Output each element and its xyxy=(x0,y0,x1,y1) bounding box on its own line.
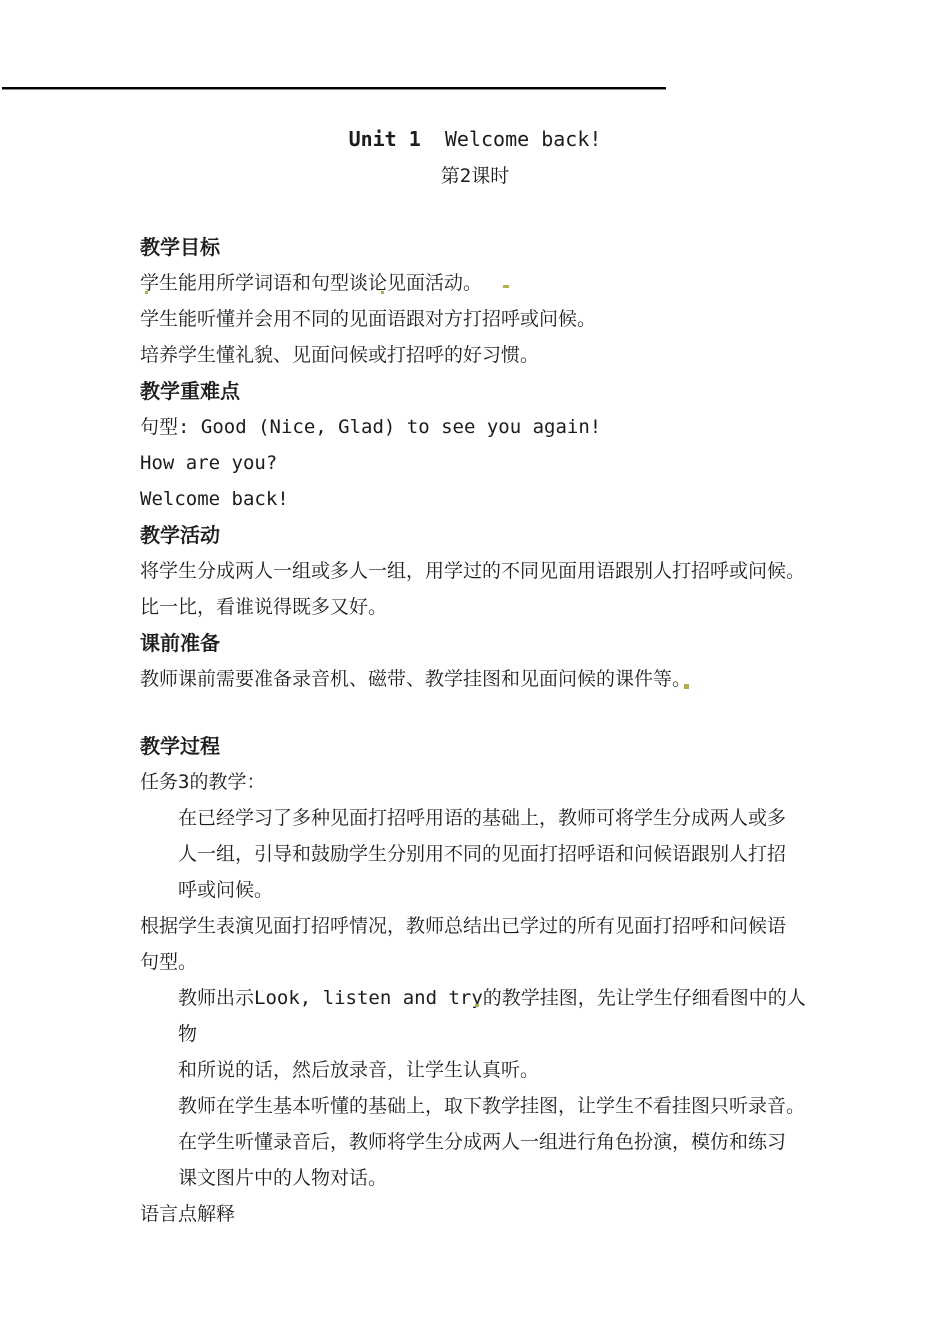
doc-subtitle: 第2课时 xyxy=(140,158,810,195)
process-line: 在学生听懂录音后，教师将学生分成两人一组进行角色扮演，模仿和练习 xyxy=(140,1124,810,1160)
objectives-line: 学生能用所学词语和句型谈论见面活动。 xyxy=(140,265,810,301)
proofing-mark xyxy=(381,291,384,294)
process-line: 课文图片中的人物对话。 xyxy=(140,1160,810,1196)
process-line: 呼或问候。 xyxy=(140,872,810,908)
objectives-line: 学生能听懂并会用不同的见面语跟对方打招呼或问候。 xyxy=(140,301,810,337)
header-rule xyxy=(2,87,666,90)
heading-objectives: 教学目标 xyxy=(140,229,810,265)
process-line: 句型。 xyxy=(140,944,810,980)
process-line: 教师出示Look, listen and try的教学挂图，先让学生仔细看图中的… xyxy=(140,980,810,1052)
key-points-line: How are you? xyxy=(140,445,810,481)
key-points-line: 句型: Good (Nice, Glad) to see you again! xyxy=(140,409,810,445)
document-content: Unit 1 Welcome back! 第2课时 教学目标 学生能用所学词语和… xyxy=(0,121,950,1232)
proofing-mark xyxy=(684,684,689,689)
doc-title: Unit 1 Welcome back! xyxy=(140,121,810,158)
process-outro: 语言点解释 xyxy=(140,1196,810,1232)
activities-line: 比一比，看谁说得既多又好。 xyxy=(140,589,810,625)
doc-title-unit: Unit 1 xyxy=(349,127,421,151)
heading-key-points: 教学重难点 xyxy=(140,373,810,409)
heading-process: 教学过程 xyxy=(140,728,810,764)
process-intro: 任务3的教学： xyxy=(140,764,810,800)
process-line: 人一组，引导和鼓励学生分别用不同的见面打招呼语和问候语跟别人打招 xyxy=(140,836,810,872)
process-line: 根据学生表演见面打招呼情况，教师总结出已学过的所有见面打招呼和问候语 xyxy=(140,908,810,944)
doc-title-rest: Welcome back! xyxy=(421,127,602,151)
heading-activities: 教学活动 xyxy=(140,517,810,553)
process-line: 在已经学习了多种见面打招呼用语的基础上，教师可将学生分成两人或多 xyxy=(140,800,810,836)
activities-line: 将学生分成两人一组或多人一组，用学过的不同见面用语跟别人打招呼或问候。 xyxy=(140,553,810,589)
process-line: 和所说的话，然后放录音，让学生认真听。 xyxy=(140,1052,810,1088)
preparation-line: 教师课前需要准备录音机、磁带、教学挂图和见面问候的课件等。 xyxy=(140,661,810,697)
proofing-mark xyxy=(475,1004,479,1007)
proofing-mark xyxy=(503,285,509,288)
process-line: 教师在学生基本听懂的基础上，取下教学挂图，让学生不看挂图只听录音。 xyxy=(140,1088,810,1124)
blank-line xyxy=(140,697,810,728)
document-page: Unit 1 Welcome back! 第2课时 教学目标 学生能用所学词语和… xyxy=(0,0,950,1344)
key-points-line: Welcome back! xyxy=(140,481,810,517)
heading-preparation: 课前准备 xyxy=(140,625,810,661)
proofing-mark xyxy=(145,291,148,294)
objectives-line: 培养学生懂礼貌、见面问候或打招呼的好习惯。 xyxy=(140,337,810,373)
